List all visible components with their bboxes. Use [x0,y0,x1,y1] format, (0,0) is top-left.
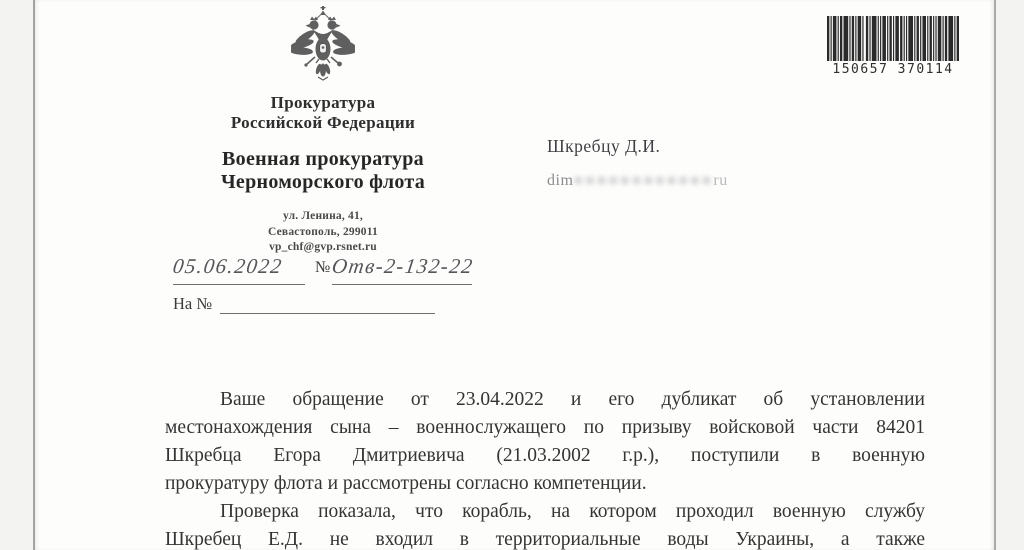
number-sign: № [315,259,330,285]
reference-block: 05.06.2022№Отв-2-132-22 На № [173,254,633,319]
body-text: Ваше обращение от 23.04.2022 и его дубли… [165,386,925,550]
incoming-ref-blank-line [220,293,435,314]
barcode-icon [827,16,959,61]
body-line: Ваше обращение от 23.04.2022 и его дубли… [165,386,925,414]
date-field: 05.06.2022 [173,254,305,285]
email-visible-suffix: ru [713,172,727,189]
email-visible-prefix: dim [547,172,573,189]
outgoing-ref-row: 05.06.2022№Отв-2-132-22 [173,254,633,288]
org-parent-line2: Российской Федерации [153,113,493,133]
handwritten-number: Отв-2-132-22 [331,254,476,279]
org-parent-line1: Прокуратура [153,93,493,113]
org-address-street: ул. Ленина, 41, [153,209,493,225]
incoming-ref-row: На № [173,293,633,319]
barcode-digits: 150657 370114 [825,62,961,77]
incoming-ref-label: На № [173,294,212,314]
coat-of-arms-eagle-icon [291,6,355,86]
org-address-city: Севастополь, 299011 [153,225,493,241]
handwritten-date: 05.06.2022 [171,254,284,279]
email-redacted-segment: ●●●●●●●●●●●● [573,172,713,189]
body-line: местонахождения сына – военнослужащего п… [165,414,925,442]
addressee-block: Шкребцу Д.И. dim●●●●●●●●●●●●ru [547,136,847,190]
org-address: ул. Ленина, 41, Севастополь, 299011 vp_c… [153,209,493,256]
letterhead: Прокуратура Российской Федерации Военная… [153,6,493,256]
document-page: Прокуратура Российской Федерации Военная… [33,0,996,550]
body-line: Проверка показала, что корабль, на котор… [165,498,925,526]
org-name-line1: Военная прокуратура [153,148,493,171]
barcode-block: 150657 370114 [825,16,961,77]
number-field: Отв-2-132-22 [332,254,472,285]
addressee-name: Шкребцу Д.И. [547,136,847,157]
org-name-line2: Черноморского флота [153,171,493,194]
org-parent-name: Прокуратура Российской Федерации [153,93,493,133]
scanned-letter: { "colors": { "outer_background": "#f3f3… [0,0,1024,550]
addressee-email: dim●●●●●●●●●●●●ru [547,172,847,190]
body-line: Шкребца Егора Дмитриевича (21.03.2002 г.… [165,442,925,470]
body-line: прокуратуру флота и рассмотрены согласно… [165,470,925,498]
org-name: Военная прокуратура Черноморского флота [153,148,493,194]
body-line: Шкребец Е.Д. не входил в территориальные… [165,526,925,550]
